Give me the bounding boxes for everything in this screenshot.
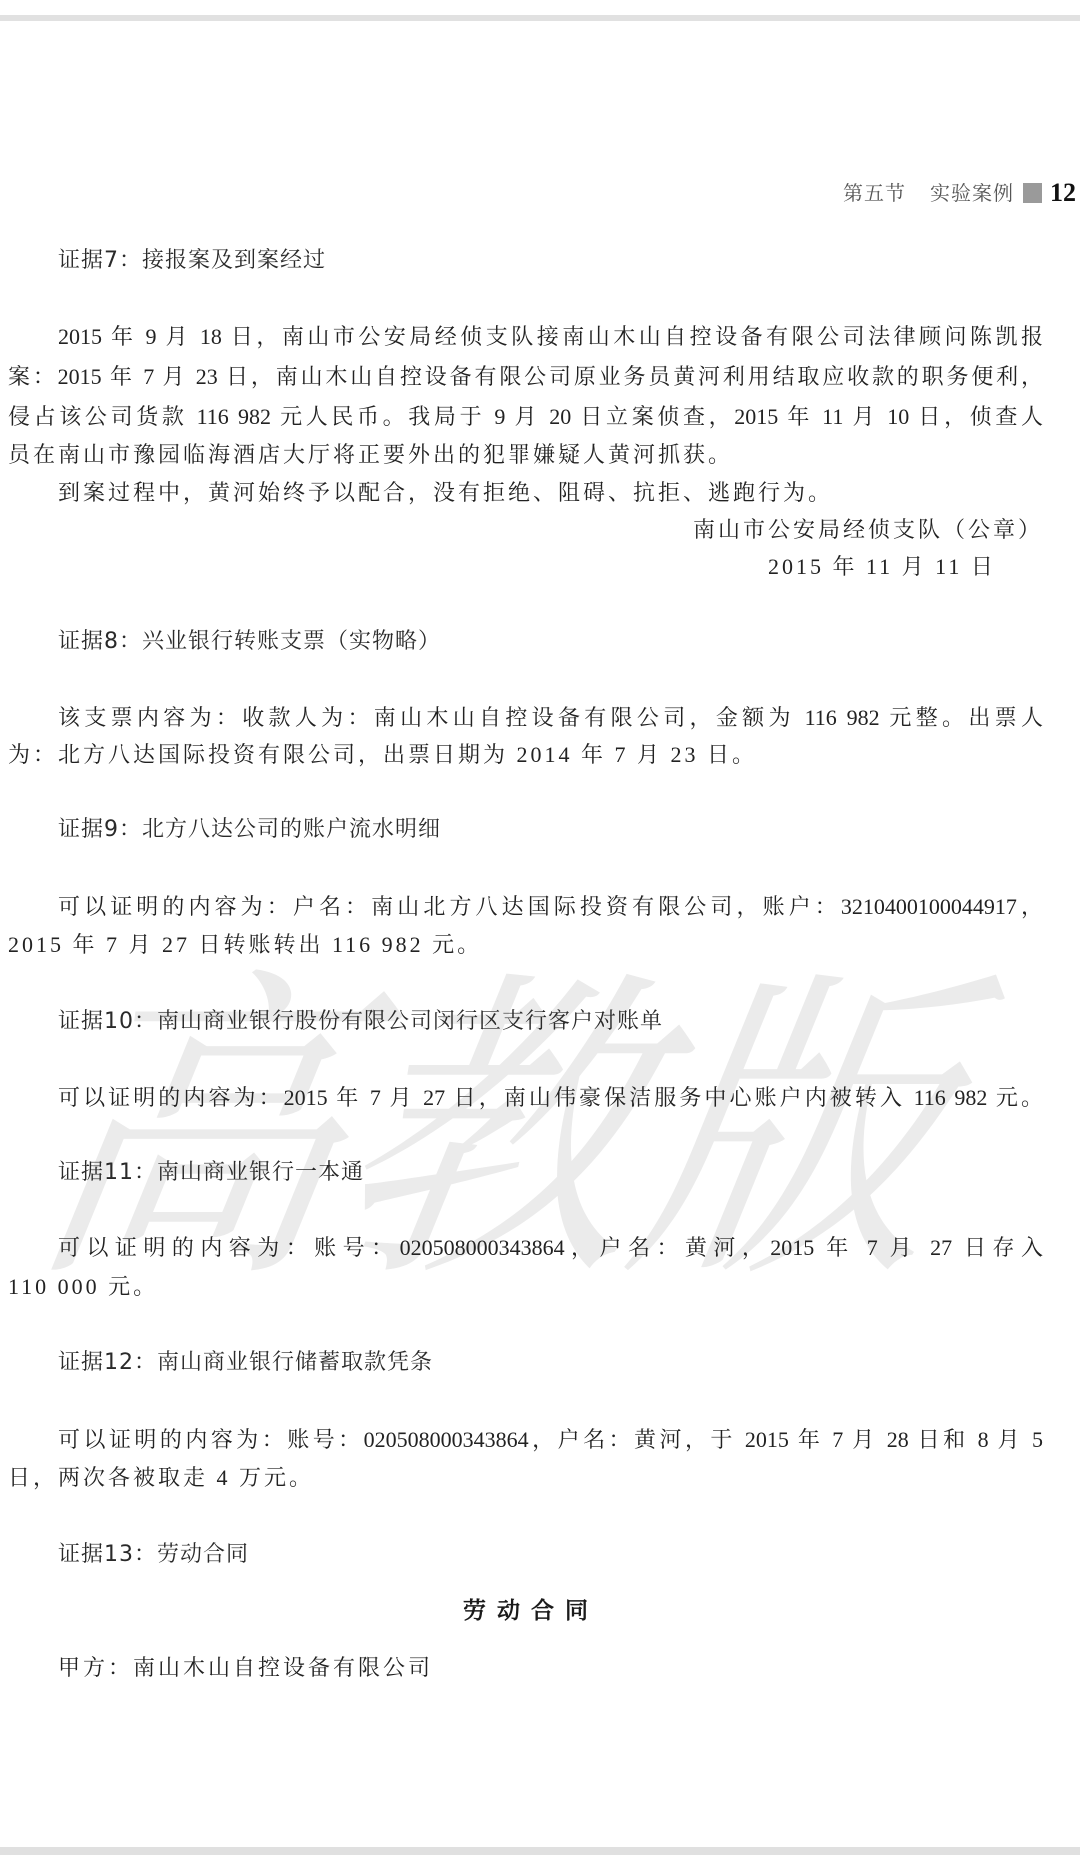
running-header-title: 实验案例 — [930, 181, 1014, 205]
paragraph-line: 2015 年 9 月 18 日，南山市公安局经侦支队接南山木山自控设备有限公司法… — [58, 317, 1043, 357]
paragraph-line: 侵占该公司货款 116 982 元人民币。我局于 9 月 20 日立案侦查，20… — [8, 397, 1043, 437]
paragraph-line: 案：2015 年 7 月 23 日，南山木山自控设备有限公司原业务员黄河利用结取… — [8, 357, 1043, 397]
paragraph-line: 员在南山市豫园临海酒店大厅将正要外出的犯罪嫌疑人黄河抓获。 — [8, 435, 1043, 475]
contract-title: 劳动合同 — [8, 1591, 1043, 1631]
paragraph-line: 可以证明的内容为：账号：020508000343864，户名：黄河，2015 年… — [58, 1228, 1043, 1268]
paragraph-line: 为：北方八达国际投资有限公司，出票日期为 2014 年 7 月 23 日。 — [8, 735, 1043, 775]
paragraph-line: 110 000 元。 — [8, 1267, 1043, 1307]
evidence-heading-12: 证据12：南山商业银行储蓄取款凭条 — [58, 1343, 433, 1383]
evidence-heading-10: 证据10：南山商业银行股份有限公司闵行区支行客户对账单 — [58, 1002, 663, 1042]
header-square-icon — [1023, 183, 1042, 203]
evidence-heading-9: 证据9：北方八达公司的账户流水明细 — [58, 810, 441, 850]
signature-issuer: 南山市公安局经侦支队（公章） — [8, 510, 1043, 550]
paragraph-line: 可以证明的内容为：户名：南山北方八达国际投资有限公司，账户：3210400100… — [58, 887, 1043, 927]
page-bottom-edge — [0, 1847, 1080, 1855]
signature-date: 2015 年 11 月 11 日 — [768, 547, 996, 587]
running-header-section: 第五节 — [843, 181, 906, 205]
evidence-heading-8: 证据8：兴业银行转账支票（实物略） — [58, 622, 441, 662]
page-number: 12 — [1050, 181, 1076, 205]
paragraph-line: 可以证明的内容为：账号：020508000343864，户名：黄河，于 2015… — [58, 1420, 1043, 1460]
paragraph-line: 可以证明的内容为：2015 年 7 月 27 日，南山伟豪保洁服务中心账户内被转… — [58, 1078, 1043, 1118]
paragraph-line: 该支票内容为：收款人为：南山木山自控设备有限公司，金额为 116 982 元整。… — [58, 698, 1043, 738]
evidence-heading-13: 证据13：劳动合同 — [58, 1535, 249, 1575]
contract-party-a: 甲方：南山木山自控设备有限公司 — [58, 1648, 1043, 1688]
evidence-heading-11: 证据11：南山商业银行一本通 — [58, 1153, 364, 1193]
paragraph-line: 到案过程中，黄河始终予以配合，没有拒绝、阻碍、抗拒、逃跑行为。 — [58, 473, 1043, 513]
paragraph-line: 2015 年 7 月 27 日转账转出 116 982 元。 — [8, 925, 1043, 965]
page-top-edge — [0, 15, 1080, 21]
evidence-heading-7: 证据7：接报案及到案经过 — [58, 241, 326, 281]
document-page: 第五节 实验案例 12 高教版 证据7：接报案及到案经过 2015 年 9 月 … — [0, 0, 1080, 1866]
paragraph-line: 日，两次各被取走 4 万元。 — [8, 1458, 1043, 1498]
